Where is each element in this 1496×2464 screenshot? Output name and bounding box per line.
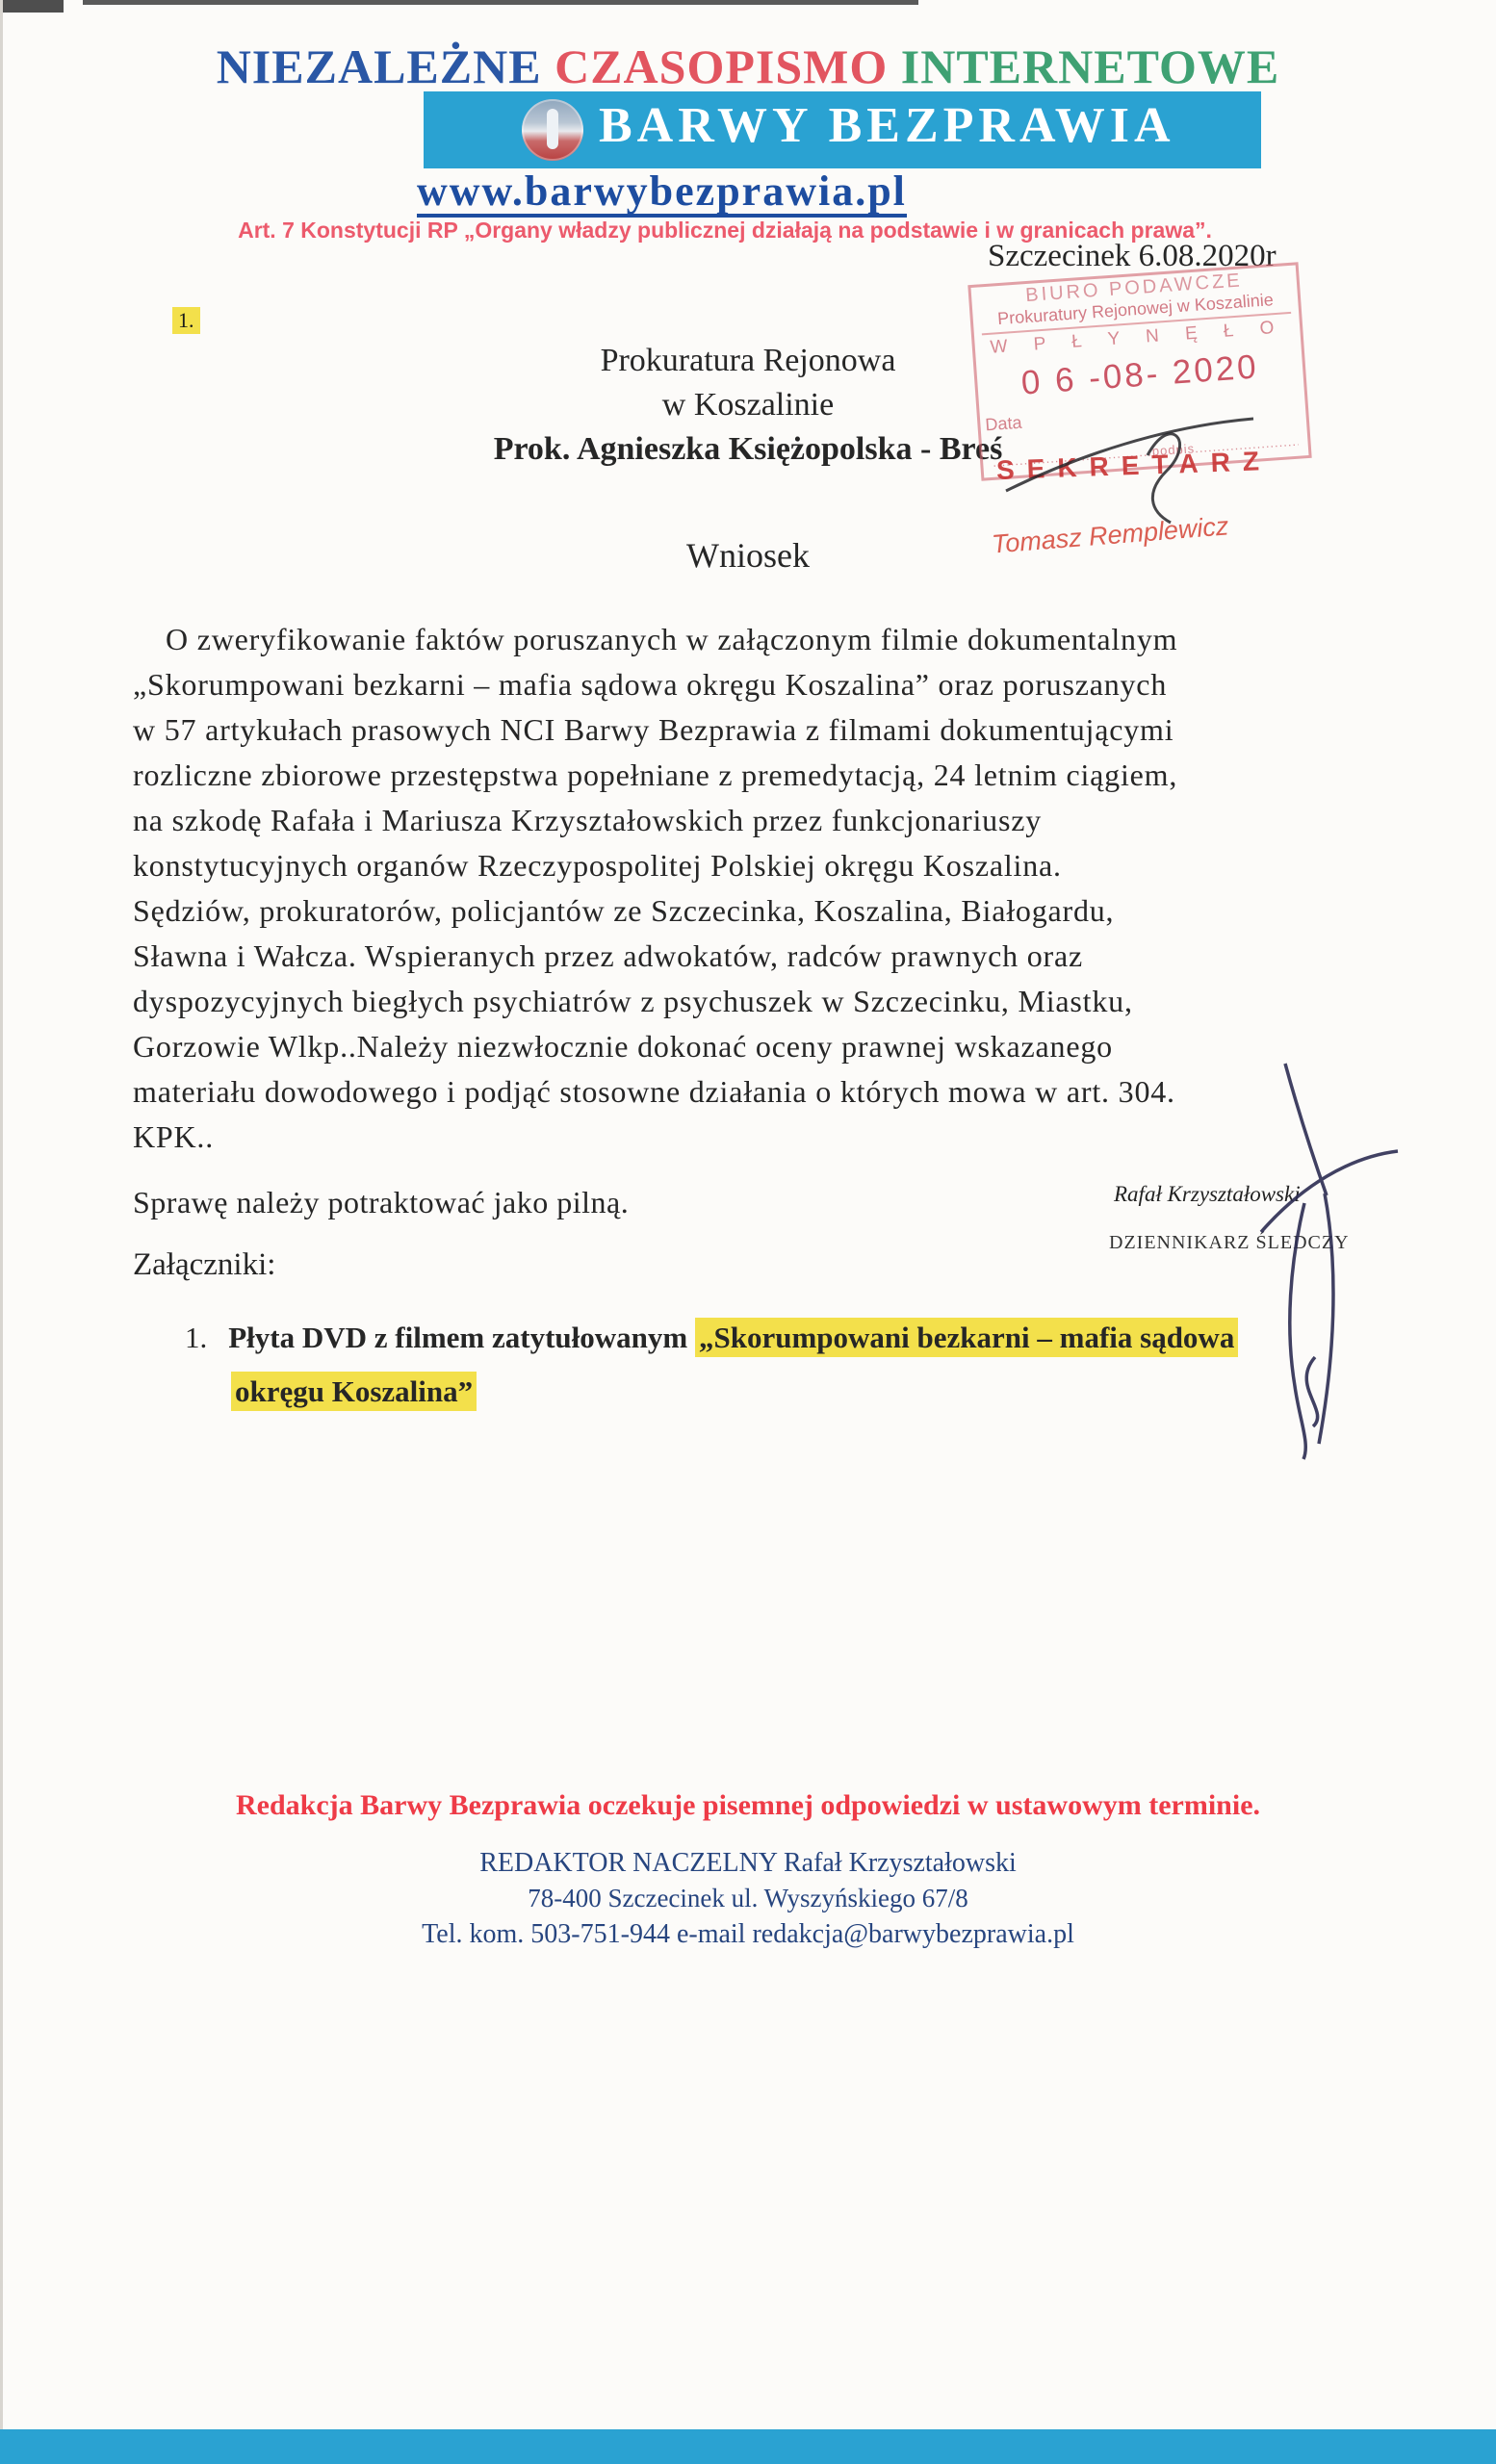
- journalist-name: Rafał Krzyształowski: [1114, 1182, 1301, 1207]
- website-url: www.barwybezprawia.pl: [417, 169, 907, 218]
- footer-contact: Tel. kom. 503-751-944 e-mail redakcja@ba…: [422, 1919, 1074, 1950]
- page-number-marker: 1.: [172, 307, 200, 334]
- editorial-notice: Redakcja Barwy Bezprawia oczekuje pisemn…: [236, 1789, 1260, 1822]
- body-line: O zweryfikowanie faktów poruszanych w za…: [133, 617, 1413, 662]
- body-line: materiału dowodowego i podjąć stosowne d…: [133, 1069, 1413, 1115]
- attachment-item-line1: 1.Płyta DVD z filmem zatytułowanym „Skor…: [185, 1321, 1238, 1355]
- masthead-title: NIEZALEŻNE CZASOPISMO INTERNETOWE: [0, 38, 1496, 94]
- attachment-item-highlight-2: okręgu Koszalina”: [231, 1372, 477, 1411]
- attachments-heading: Załączniki:: [133, 1247, 275, 1283]
- banner-title: BARWY BEZPRAWIA: [599, 97, 1175, 154]
- footer-editor: REDAKTOR NACZELNY Rafał Krzyształowski: [479, 1848, 1017, 1879]
- scan-bottom-blue-bar: [0, 2429, 1496, 2464]
- masthead-word-czasopismo: CZASOPISMO: [555, 39, 888, 93]
- body-line: Sławna i Wałcza. Wspieranych przez adwok…: [133, 934, 1413, 979]
- body-line: „Skorumpowani bezkarni – mafia sądowa ok…: [133, 662, 1413, 707]
- body-line: konstytucyjnych organów Rzeczypospolitej…: [133, 843, 1413, 888]
- scan-artifact-top-line: [83, 0, 918, 5]
- footer-address: 78-400 Szczecinek ul. Wyszyńskiego 67/8: [528, 1884, 968, 1913]
- body-line: na szkodę Rafała i Mariusza Krzyształows…: [133, 798, 1413, 843]
- subject-heading: Wniosek: [0, 535, 1496, 576]
- attachment-item-prefix: Płyta DVD z filmem zatytułowanym: [228, 1321, 695, 1354]
- barwy-bezprawia-logo-icon: [522, 99, 583, 161]
- body-line: dyspozycyjnych biegłych psychiatrów z ps…: [133, 979, 1413, 1024]
- attachment-item-number: 1.: [185, 1321, 207, 1355]
- urgency-note: Sprawę należy potraktować jako pilną.: [133, 1185, 629, 1220]
- masthead-word-internetowe: INTERNETOWE: [901, 39, 1280, 93]
- banner: BARWY BEZPRAWIA: [424, 91, 1261, 168]
- body-line: Sędziów, prokuratorów, policjantów ze Sz…: [133, 888, 1413, 934]
- body-line: rozliczne zbiorowe przestępstwa popełnia…: [133, 753, 1413, 798]
- stamp-date-label: Data: [985, 413, 1022, 436]
- body-line: Gorzowie Wlkp..Należy niezwłocznie dokon…: [133, 1024, 1413, 1069]
- attachment-item-line2: okręgu Koszalina”: [231, 1374, 477, 1409]
- body-line: w 57 artykułach prasowych NCI Barwy Bezp…: [133, 707, 1413, 753]
- scanned-letter-page: NIEZALEŻNE CZASOPISMO INTERNETOWE BARWY …: [0, 0, 1496, 2464]
- scan-artifact-top-left: [0, 0, 64, 13]
- journalist-title: DZIENNIKARZ ŚLEDCZY: [1109, 1232, 1350, 1254]
- attachment-item-highlight-1: „Skorumpowani bezkarni – mafia sądowa: [695, 1318, 1238, 1357]
- masthead-word-niezalezne: NIEZALEŻNE: [217, 39, 542, 93]
- letter-body: O zweryfikowanie faktów poruszanych w za…: [133, 617, 1413, 1160]
- body-line: KPK..: [133, 1115, 1413, 1160]
